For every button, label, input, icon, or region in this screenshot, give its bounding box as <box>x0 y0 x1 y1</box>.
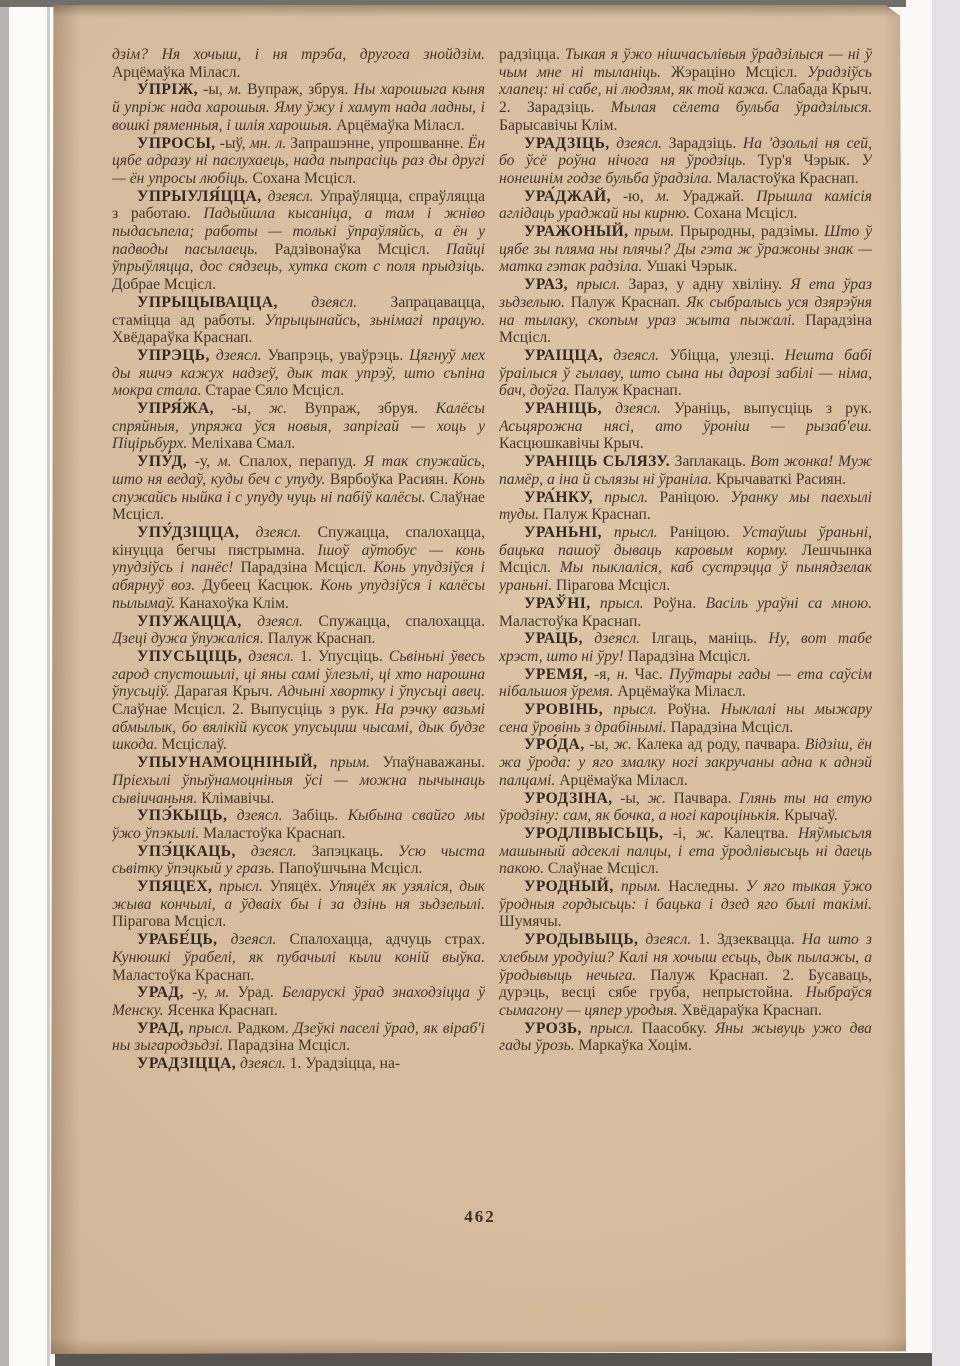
dictionary-entry: УРАД, -у, м. Урад. Беларускі ўрад знаход… <box>112 984 485 1019</box>
entry-text: дзеясл. <box>603 347 659 364</box>
dictionary-entry: УРОДЛІВЫСЬЦЬ, -і, ж. Калецтва. Няўмысьля… <box>499 825 872 878</box>
entry-text: -і, <box>663 825 695 842</box>
entry-text: Барысавічы Клім. <box>499 117 617 134</box>
entry-text: Парадзіна Мсцісл. <box>234 559 367 576</box>
entry-text: Сохана Мсцісл. <box>249 170 356 187</box>
entry-text: Палуж Краснап. <box>264 630 376 647</box>
entry-text: Пірагова Мсцісл. <box>552 577 670 594</box>
dictionary-entry: УРАЖОНЫЙ, прым. Прыродны, радзімы. Што ў… <box>499 223 872 276</box>
dictionary-entry: УПЭ́ЦКАЦЬ, дзеясл. Запэцкаць. Усю чыста … <box>112 843 485 878</box>
dictionary-entry: УРАБЕ́ЦЬ, дзеясл. Спалохацца, адчуць стр… <box>112 931 485 984</box>
headword: УРО́ДА, <box>524 736 585 753</box>
headword: УПРОСЫ, <box>137 135 216 152</box>
dictionary-entry: УРОЗЬ, прысл. Паасобку. Яны жывуць ужо д… <box>499 1020 872 1055</box>
entry-text: прысл. <box>603 701 657 718</box>
entry-text: Тур'я Чэрык. <box>746 152 850 169</box>
entry-text: Наследны. <box>661 878 739 895</box>
dictionary-entry: УРО́ДА, -ы, ж. Калека ад роду, пачвара. … <box>499 736 872 789</box>
entry-text: Касцюшкавічы Крыч. <box>499 435 644 452</box>
entry-text: Раніцою. <box>658 524 730 541</box>
entry-text: прым. <box>317 754 370 771</box>
entry-text: Маркаўка Хоцім. <box>575 1037 692 1054</box>
entry-text: Ураджай. <box>670 188 744 205</box>
entry-text: м. <box>656 188 670 205</box>
entry-text: -ыў, <box>216 135 250 152</box>
entry-text: дзеясл. <box>610 135 662 152</box>
headword: УРАНІЦЬ, <box>524 400 602 417</box>
entry-text: дзеясл. <box>242 648 294 665</box>
dictionary-entry: УРА́НКУ, прысл. Раніцою. Уранку мы паехы… <box>499 489 872 524</box>
entry-text: Асьцярожна нясі, ато ўроніш — рызаб'еш. <box>499 418 872 435</box>
dictionary-entry: УПЭ́КЫЦЬ, дзеясл. Забіць. Кыбына свайго … <box>112 807 485 842</box>
entry-text: Меліхава Смал. <box>187 435 295 452</box>
headword: УПУ́ДЗІЦЦА, <box>137 524 239 541</box>
headword: УПРЭЦЬ, <box>137 347 210 364</box>
entry-text: Роўна. <box>657 701 710 718</box>
headword: УПРЫЦЫВАЦЦА, <box>137 294 278 311</box>
entry-text: -я, <box>588 666 617 683</box>
headword: УПУСЬЦІЦЬ, <box>137 648 242 665</box>
entry-text: Арцёмаўка Міласл. <box>613 683 745 700</box>
entry-text: Урад. <box>229 984 273 1001</box>
dictionary-entry: УРАНІЦЬ, дзеясл. Ураніць, выпусціць з ру… <box>499 400 872 453</box>
entry-text: -у, <box>184 984 216 1001</box>
entry-text: Запрашэнне, упрошванне. <box>286 135 463 152</box>
page-number: 462 <box>420 1207 540 1227</box>
headword: УРАДЗІЦЬ, <box>524 135 610 152</box>
entry-text: Ілгаць, маніць. <box>640 630 757 647</box>
entry-text: Маластоўка Краснап. <box>499 613 641 630</box>
entry-text: Вупраж, збруя. <box>242 81 348 98</box>
dictionary-entry: УРОДЗІНА, -ы, ж. Пачвара. Глянь ты на ет… <box>499 790 872 825</box>
entry-text: -ы, <box>198 81 228 98</box>
dictionary-entry: УПРОСЫ, -ыў, мн. л. Запрашэнне, упрошван… <box>112 135 485 188</box>
headword: УРОДЛІВЫСЬЦЬ, <box>524 825 663 842</box>
entry-text: Шумячы. <box>499 913 562 930</box>
entry-text: Мылая сёлета бульба ўрадзілыся. <box>594 99 872 116</box>
dictionary-entry: УРАЦЬ, дзеясл. Ілгаць, маніць. Ну, вот т… <box>499 630 872 665</box>
entry-text: ж. <box>647 790 665 807</box>
left-column: дзім? Ня хочыш, і ня трэба, другога зной… <box>112 46 485 1226</box>
entry-text: прысл. <box>212 878 263 895</box>
scanner-left-seam <box>47 0 50 1366</box>
entry-text: Ясенка Краснап. <box>163 1002 277 1019</box>
headword: УРАД, <box>137 984 184 1001</box>
entry-text: Адчыні хвортку і ўпусьці авец. <box>273 683 485 700</box>
entry-text: Слаўнае Мсцісл. <box>544 860 659 877</box>
entry-text: -ю, <box>611 188 656 205</box>
entry-text: м. <box>228 81 242 98</box>
entry-text: м. <box>218 453 232 470</box>
entry-text: -у, <box>187 453 218 470</box>
headword: УПЯЦЕХ, <box>137 878 212 895</box>
headword: УРАІЦЦА, <box>524 347 603 364</box>
dictionary-entry: УРАЗ, прысл. Зараз, у адну хвіліну. Я ет… <box>499 276 872 347</box>
entry-text: прым. <box>614 878 661 895</box>
dictionary-entry: УПЫУНАМОЦНІНЫЙ, прым. Упаўнаважаны. Пріе… <box>112 754 485 807</box>
entry-text: дзеясл. <box>227 807 282 824</box>
entry-text: мн. л. <box>250 135 286 152</box>
entry-text: дзеясл. <box>638 931 691 948</box>
entry-text: Радком. <box>232 1020 288 1037</box>
dictionary-entry: УРОДНЫЙ, прым. Наследны. У яго тыкая ўжо… <box>499 878 872 931</box>
headword: УРАНІЦЬ СЬЛЯЗУ. <box>524 453 670 470</box>
entry-text: Арцёмаўка Міласл. <box>332 117 464 134</box>
entry-text: дзеясл. <box>236 843 297 860</box>
entry-text: Упрыцынайсь, зьнімагі працую. <box>255 312 485 329</box>
entry-text: дзеясл. <box>583 630 640 647</box>
entry-text: Увапрэць, уваўрэць. <box>262 347 404 364</box>
entry-text: Вупраж, збруя. <box>287 400 418 417</box>
entry-text: Раніцою. <box>648 489 719 506</box>
entry-text: дзеясл. <box>262 188 314 205</box>
entry-text: Калека ад роду, пачвара. <box>632 736 800 753</box>
entry-text: Радзівонаўка Мсцісл. <box>258 241 430 258</box>
entry-text: дзеясл. <box>242 613 303 630</box>
entry-text: дзеясл. <box>278 294 357 311</box>
headword: У́ПРІЖ, <box>137 81 198 98</box>
dictionary-entry: УРАЎНІ, прысл. Роўна. Васіль ураўні са м… <box>499 595 872 630</box>
dictionary-entry: УПУ́Д, -у, м. Спалох, перапуд. Я так спу… <box>112 453 485 524</box>
entry-text: м. <box>216 984 230 1001</box>
dictionary-entry: УРАДЗІЦЬ, дзеясл. Зарадзіць. На 'дзольлі… <box>499 135 872 188</box>
headword: УРАНЬНІ, <box>524 524 602 541</box>
headword: УРЕМЯ, <box>524 666 588 683</box>
entry-text: Хвёдараўка Краснап. <box>112 329 252 346</box>
entry-text: н. <box>617 666 629 683</box>
entry-text: прысл. <box>591 595 644 612</box>
entry-text: Дубеец Касцюк. <box>195 577 313 594</box>
entry-text: дзеясл. <box>217 931 276 948</box>
headword: УРОДЗІНА, <box>524 790 613 807</box>
dictionary-entry: УРАНІЦЬ СЬЛЯЗУ. Заплакаць. Вот жонка! Му… <box>499 453 872 488</box>
entry-text: Слаўнае Мсцісл. 2. Выпусціць з рук. <box>112 701 368 718</box>
dictionary-entry: УПУ́ДЗІЦЦА, дзеясл. Спужацца, спалохацца… <box>112 524 485 613</box>
entry-text: прысл. <box>568 276 620 293</box>
entry-text: Дарагая Крыч. <box>170 683 273 700</box>
headword: УРОЗЬ, <box>524 1020 582 1037</box>
headword: УРАЦЬ, <box>524 630 583 647</box>
entry-text: Зараз, у адну хвіліну. <box>620 276 782 293</box>
entry-text: Папоўшчына Мсцісл. <box>275 860 422 877</box>
headword: УРА́НКУ, <box>524 489 593 506</box>
entry-text: Спалохацца, адчуць страх. <box>276 931 485 948</box>
dictionary-entry: УРАД, прысл. Радком. Дзеўкі паселі ўрад,… <box>112 1020 485 1055</box>
dictionary-entry: УРЕМЯ, -я, н. Час. Пуўтары гады — ета са… <box>499 666 872 701</box>
entry-text: -ы, <box>214 400 269 417</box>
dictionary-entry: УРАНЬНІ, прысл. Раніцою. Устаўшы ўраньні… <box>499 524 872 595</box>
entry-text: Спалох, перапуд. <box>232 453 357 470</box>
entry-text: Спужацца, спалохацца. <box>303 613 485 630</box>
entry-text: Арцёмаўка Міласл. <box>112 64 240 81</box>
scanner-left-edge <box>0 0 9 1366</box>
headword: УРОДЫВЫЦЬ, <box>524 931 638 948</box>
entry-text: -ы, <box>585 736 614 753</box>
dictionary-entry: УРАІЦЦА, дзеясл. Убіцца, улезці. Нешта б… <box>499 347 872 400</box>
entry-text: Палуж Краснап. <box>565 294 680 311</box>
entry-text: Пачвара. <box>666 790 732 807</box>
entry-text: Ураніць, выпусціць з рук. <box>661 400 872 417</box>
scanner-right-edge <box>932 0 960 1366</box>
entry-text: Канахоўка Клім. <box>175 595 289 612</box>
entry-text: Сохана Мсцісл. <box>690 205 797 222</box>
entry-text: Калецтва. <box>714 825 788 842</box>
headword: УРАЗ, <box>524 276 568 293</box>
dictionary-entry: УПУЖАЦЦА, дзеясл. Спужацца, спалохацца. … <box>112 613 485 648</box>
entry-text: Арцёмаўка Міласл. <box>555 772 687 789</box>
entry-text: ж. <box>613 736 631 753</box>
entry-text: Дзеці дужа ўпужаліся. <box>112 630 264 647</box>
headword: УРАЖОНЫЙ, <box>524 223 628 240</box>
headword: УРАД, <box>137 1020 184 1037</box>
entry-text: прысл. <box>582 1020 634 1037</box>
entry-text: Маластоўка Краснап. <box>712 170 858 187</box>
dictionary-entry: УПРЯ́ЖА, -ы, ж. Вупраж, збруя. Калёсы сп… <box>112 400 485 453</box>
entry-text: ж. <box>696 825 714 842</box>
entry-text: дзім? Ня хочыш, і ня трэба, другога зной… <box>112 46 485 63</box>
entry-text: Пірагова Мсцісл. <box>112 913 226 930</box>
dictionary-entry: УРОДЫВЫЦЬ, дзеясл. 1. Здзеквацца. На што… <box>499 931 872 1020</box>
entry-text: Парадзіна Мсцісл. <box>624 648 751 665</box>
headword: УПЭ́ЦКАЦЬ, <box>137 843 236 860</box>
dictionary-entry: УПУСЬЦІЦЬ, дзеясл. 1. Упусціць. Сьвіньні… <box>112 648 485 754</box>
dictionary-entry: УПЯЦЕХ, прысл. Упяцёх. Упяцёх як узяліся… <box>112 878 485 931</box>
entry-text: дзеясл. <box>239 524 301 541</box>
entry-text: прым. <box>628 223 674 240</box>
entry-text: дзеясл. <box>602 400 661 417</box>
dictionary-entry: УРАДЗІЦЦА, дзеясл. 1. Урадзіцца, на- <box>112 1055 485 1073</box>
entry-text: Клімавічы. <box>197 790 274 807</box>
headword: УПРЯ́ЖА, <box>137 400 214 417</box>
entry-text: Палуж Краснап. <box>539 506 651 523</box>
entry-text: прысл. <box>602 524 658 541</box>
entry-text: Запэцкаць. <box>297 843 384 860</box>
entry-text: прысл. <box>184 1020 233 1037</box>
entry-text: радзіцца. <box>499 46 560 63</box>
page-bottom-shadow <box>55 1353 932 1366</box>
scanner-right-margin <box>903 0 933 1366</box>
entry-text: Парадзіна Мсцісл. <box>667 719 794 736</box>
entry-text: Парадзіна Мсцісл. <box>223 1037 350 1054</box>
dictionary-entry: радзіцца. Тыкая я ўжо нішчасьлівыя ўрадз… <box>499 46 872 135</box>
dictionary-entry: УПРЭЦЬ, дзеясл. Увапрэць, уваўрэць. Цягн… <box>112 347 485 400</box>
entry-text: Крычаў. <box>780 807 837 824</box>
entry-text: Хвёдараўка Краснап. <box>678 1002 822 1019</box>
entry-text: Час. <box>628 666 662 683</box>
entry-text: Кунюшкі ўрабелі, як пубачылі кыли коній … <box>112 949 485 966</box>
entry-text: Паасобку. <box>634 1020 707 1037</box>
headword: УРОВІНЬ, <box>524 701 603 718</box>
dictionary-entry: У́ПРІЖ, -ы, м. Вупраж, збруя. Ны харошыг… <box>112 81 485 134</box>
dictionary-entry: УПРЫУЛЯ́ЦЦА, дзеясл. Упраўляцца, спраўля… <box>112 188 485 294</box>
headword: УРА́ДЖАЙ, <box>524 188 611 205</box>
entry-text: Маластоўка Краснап. <box>112 967 254 984</box>
entry-text: Заплакаць. <box>670 453 746 470</box>
entry-text: Мсціслаў. <box>158 736 227 753</box>
right-column: радзіцца. Тыкая я ўжо нішчасьлівыя ўрадз… <box>499 46 872 1236</box>
entry-text: Пріехылі ўпыўнамоцніныя ўсі — можна пычы… <box>112 772 485 807</box>
entry-text: 1. Здзеквацца. <box>691 931 795 948</box>
headword: УПЭ́КЫЦЬ, <box>137 807 227 824</box>
entry-text: дзеясл. <box>236 1055 286 1072</box>
entry-text: Старае Сяло Мсцісл. <box>201 382 344 399</box>
entry-text: Прыродны, радзімы. <box>674 223 818 240</box>
dictionary-entry: УПРЫЦЫВАЦЦА, дзеясл. Запрацавацца, стамі… <box>112 294 485 347</box>
entry-text: дзеясл. <box>210 347 262 364</box>
entry-text: Жэраціно Мсцісл. <box>661 64 797 81</box>
headword: УПРЫУЛЯ́ЦЦА, <box>137 188 262 205</box>
entry-text: Васіль ураўні са мною. <box>696 595 872 612</box>
entry-text: Упаўнаважаны. <box>370 754 485 771</box>
headword: УРОДНЫЙ, <box>524 878 614 895</box>
entry-text: 1. Урадзіцца, на- <box>286 1055 400 1072</box>
entry-text: Палуж Краснап. <box>570 382 682 399</box>
entry-text: Роўна. <box>644 595 696 612</box>
entry-text: Упяцёх. <box>263 878 322 895</box>
headword: УРАЎНІ, <box>524 595 591 612</box>
dictionary-entry: УРОВІНЬ, прысл. Роўна. Ныклалі ны мыжару… <box>499 701 872 736</box>
entry-text: ж. <box>269 400 287 417</box>
headword: УПЫУНАМОЦНІНЫЙ, <box>137 754 317 771</box>
entry-text: Маластоўка Краснап. <box>199 825 345 842</box>
headword: УРАДЗІЦЦА, <box>137 1055 236 1072</box>
entry-text: прысл. <box>593 489 648 506</box>
entry-text: Зарадзіць. <box>662 135 736 152</box>
entry-text: Убіцца, улезці. <box>659 347 774 364</box>
entry-text: Ушакі Чэрык. <box>642 258 737 275</box>
entry-text: Забіць. <box>283 807 339 824</box>
dictionary-entry: УРА́ДЖАЙ, -ю, м. Ураджай. Прышла камісія… <box>499 188 872 223</box>
entry-text: Крычаваткі Расиян. <box>712 471 846 488</box>
headword: УПУЖАЦЦА, <box>137 613 242 630</box>
entry-text: -ы, <box>613 790 648 807</box>
entry-text: 1. Упусціць. <box>294 648 383 665</box>
entry-text: Добрае Мсцісл. <box>112 276 216 293</box>
headword: УРАБЕ́ЦЬ, <box>137 931 217 948</box>
headword: УПУ́Д, <box>137 453 187 470</box>
dictionary-entry: дзім? Ня хочыш, і ня трэба, другога зной… <box>112 46 485 81</box>
entry-text: Вярбоўка Расиян. <box>325 471 448 488</box>
